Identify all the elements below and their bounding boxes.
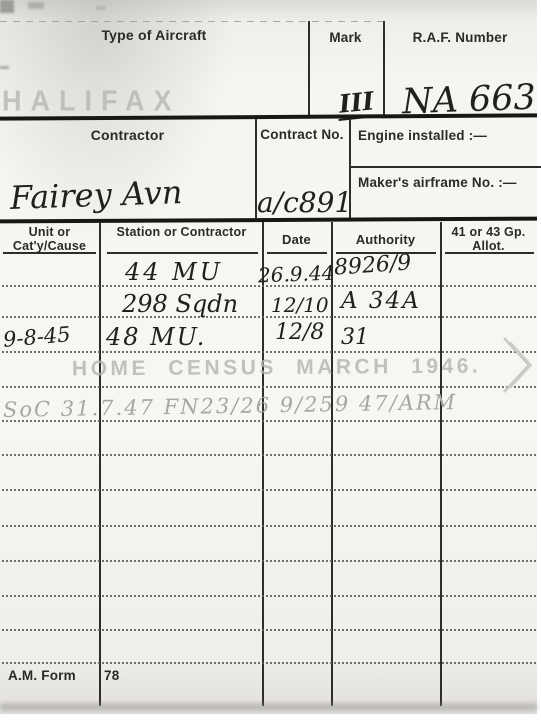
col-header-date: Date [262,232,331,247]
dotted-row-line [2,489,536,491]
entry-authority: A 34A [341,288,421,314]
col-header-allot: 41 or 43 Gp. Allot. [440,225,537,254]
contractor-label: Contractor [0,127,255,143]
entry-authority: 31 [341,325,369,350]
contract-no-label: Contract No. [255,127,349,142]
raf-number-label: R.A.F. Number [383,30,537,45]
header-underline-5 [445,252,534,254]
top-divider-2 [383,21,385,118]
engine-airframe-rule [349,166,541,168]
entry-station: 44 MU [125,258,223,286]
dotted-row-line [2,386,536,388]
scan-smudge [0,0,14,13]
entry-station: 48 MU. [106,323,206,351]
header-underline-1 [3,252,96,254]
dotted-row-line [2,662,536,664]
dotted-row-line [2,525,536,527]
engine-installed-label: Engine installed :— [358,128,487,143]
scan-smudge [96,6,106,10]
makers-airframe-label: Maker's airframe No. :— [358,175,517,190]
form-top-rule [0,21,390,22]
table-vline-1 [99,222,101,706]
dotted-row-line [2,595,536,597]
dotted-row-line [2,351,536,353]
top-divider-1 [308,21,310,118]
form-number-value: 78 [104,668,119,683]
dotted-row-line [2,316,536,318]
entry-date: 26.9.44 [258,261,335,288]
form-number-label: A.M. Form [8,668,76,683]
dotted-row-line [2,629,536,631]
entry-date: 12/8 [275,320,324,345]
header-underline-3 [267,252,327,254]
col-header-unit: Unit or Cat'y/Cause [0,225,99,254]
aircraft-type-stamp: HALIFAX [2,85,181,118]
entry-station: 298 Sqdn [122,290,238,318]
table-vline-3 [331,222,333,706]
table-vline-2 [262,222,264,706]
contract-no-value: a/c891 [257,186,352,219]
type-of-aircraft-label: Type of Aircraft [0,27,308,43]
scan-smudge [0,66,9,69]
scan-bottom-shadow [0,703,537,711]
dotted-row-line [2,560,536,562]
header-underline-2 [107,252,258,254]
scan-smudge [28,2,44,9]
col-header-authority: Authority [331,232,440,247]
scanned-form-page: Type of Aircraft Mark R.A.F. Number HALI… [0,0,541,720]
dotted-row-line [2,454,536,456]
table-vline-4 [440,222,442,706]
mark-label: Mark [308,30,383,45]
entry-date: 12/10 [271,293,329,317]
col-header-station: Station or Contractor [104,225,259,239]
next-page-chevron-icon[interactable] [498,332,538,398]
contractor-value: Fairey Avn [9,173,183,217]
census-stamp: HOME CENSUS MARCH 1946. [72,355,481,382]
